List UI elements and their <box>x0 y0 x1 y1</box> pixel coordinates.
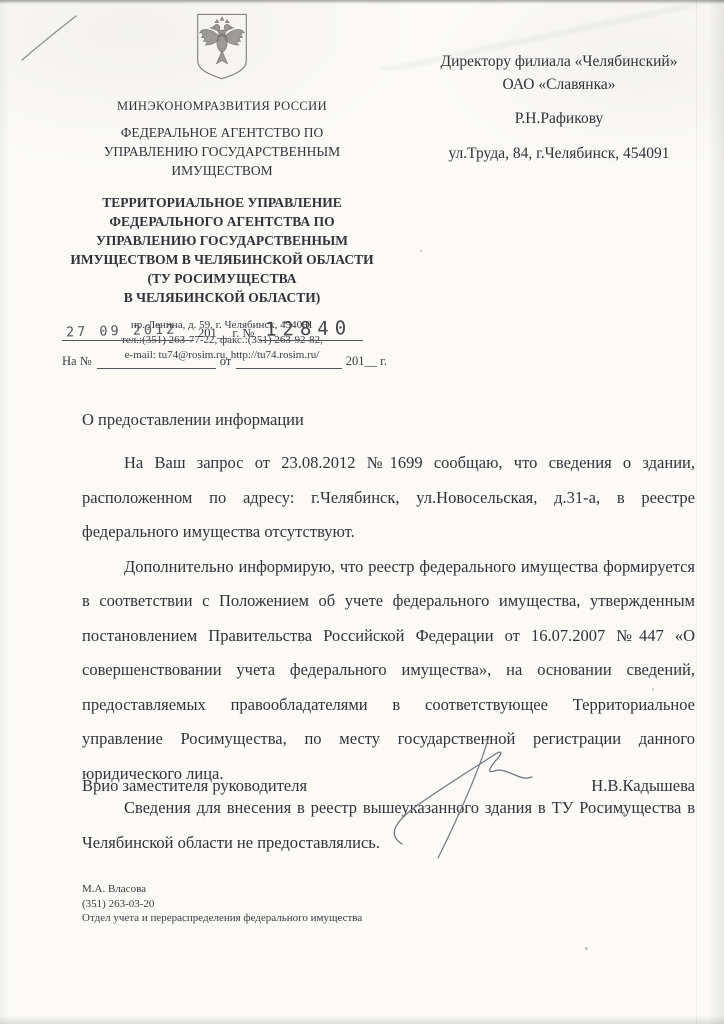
recipient-org-line: ОАО «Славянка» <box>408 73 710 96</box>
body-paragraph-1: На Ваш запрос от 23.08.2012 №1699 сообща… <box>82 446 695 550</box>
handwritten-signature <box>388 732 548 864</box>
subject-line: О предоставлении информации <box>82 410 695 430</box>
territorial-division-name: ТЕРРИТОРИАЛЬНОЕ УПРАВЛЕНИЕ ФЕДЕРАЛЬНОГО … <box>64 193 380 307</box>
division-line: ФЕДЕРАЛЬНОГО АГЕНТСТВА ПО <box>64 212 380 231</box>
reply-year-label: 201__ г. <box>342 354 392 369</box>
scan-edge-right <box>708 0 724 1024</box>
signer-title: Врио заместителя руководителя <box>82 776 307 796</box>
executor-block: М.А. Власова (351) 263-03-20 Отдел учета… <box>82 882 362 926</box>
letterhead: МИНЭКОНОМРАЗВИТИЯ РОССИИ ФЕДЕРАЛЬНОЕ АГЕ… <box>64 12 380 363</box>
reply-number-label: На № <box>62 354 97 369</box>
date-stamp: 27 09 2012 <box>66 322 178 341</box>
recipient-title-line: Директору филиала «Челябинский» <box>408 50 710 73</box>
executor-name: М.А. Власова <box>82 882 362 897</box>
division-line: УПРАВЛЕНИЮ ГОСУДАРСТВЕННЫМ <box>64 231 380 250</box>
signer-name: Н.В.Кадышева <box>591 776 695 796</box>
reply-from-label: от <box>216 354 237 369</box>
division-line: ТЕРРИТОРИАЛЬНОЕ УПРАВЛЕНИЕ <box>64 193 380 212</box>
scan-edge-bottom <box>0 1016 724 1024</box>
date-blank-line: 27 09 2012 <box>62 325 194 341</box>
reply-reference-line: На № от 201__ г. <box>62 353 392 369</box>
agency-line: ИМУЩЕСТВОМ <box>64 161 380 180</box>
outgoing-number-stamp: 12840 <box>265 317 353 341</box>
paper-speck <box>420 250 422 252</box>
year-number-label: 201__ г. № <box>194 326 259 341</box>
paper-speck <box>585 947 588 950</box>
number-blank-line: 12840 <box>259 325 363 341</box>
agency-line: ФЕДЕРАЛЬНОЕ АГЕНТСТВО ПО <box>64 123 380 142</box>
outgoing-reference-line: 27 09 2012 201__ г. № 12840 <box>62 325 392 341</box>
ministry-name: МИНЭКОНОМРАЗВИТИЯ РОССИИ <box>64 99 380 114</box>
agency-name: ФЕДЕРАЛЬНОЕ АГЕНТСТВО ПО УПРАВЛЕНИЮ ГОСУ… <box>64 123 380 180</box>
scanned-letter-page: МИНЭКОНОМРАЗВИТИЯ РОССИИ ФЕДЕРАЛЬНОЕ АГЕ… <box>0 0 724 1024</box>
recipient-address: ул.Труда, 84, г.Челябинск, 454091 <box>408 142 710 165</box>
executor-department: Отдел учета и перераспределения федераль… <box>82 911 362 926</box>
signature-row: Врио заместителя руководителя Н.В.Кадыше… <box>82 776 695 796</box>
recipient-block: Директору филиала «Челябинский» ОАО «Сла… <box>408 50 710 165</box>
division-line: ИМУЩЕСТВОМ В ЧЕЛЯБИНСКОЙ ОБЛАСТИ <box>64 250 380 269</box>
agency-line: УПРАВЛЕНИЮ ГОСУДАРСТВЕННЫМ <box>64 142 380 161</box>
reply-date-blank <box>236 353 341 369</box>
executor-phone: (351) 263-03-20 <box>82 897 362 912</box>
recipient-name: Р.Н.Рафикову <box>408 107 710 130</box>
division-line: В ЧЕЛЯБИНСКОЙ ОБЛАСТИ) <box>64 288 380 307</box>
coat-of-arms-icon <box>194 12 250 87</box>
reply-number-blank <box>97 353 216 369</box>
division-line: (ТУ РОСИМУЩЕСТВА <box>64 269 380 288</box>
